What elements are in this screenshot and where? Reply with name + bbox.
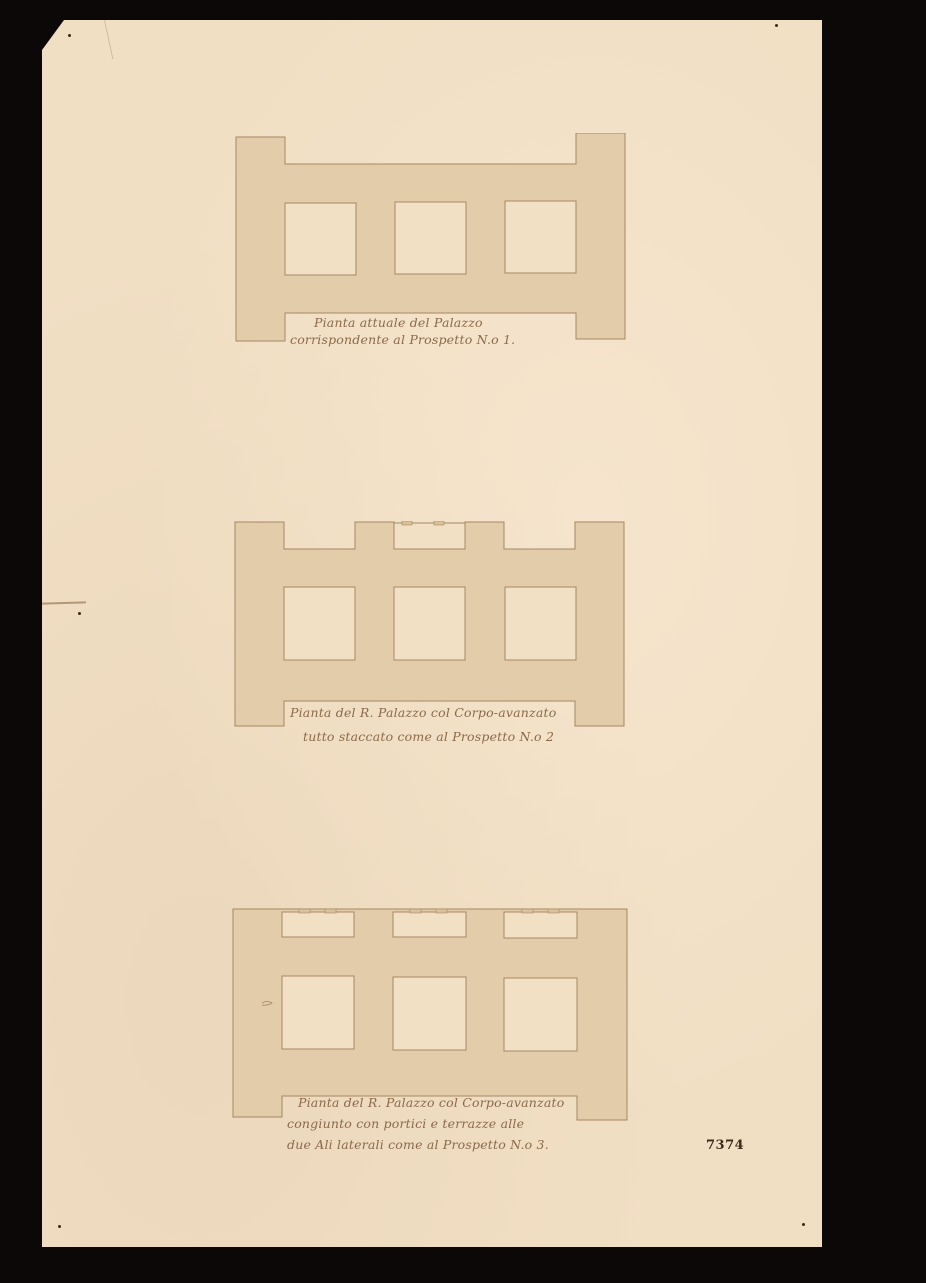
paper-crease	[104, 20, 113, 59]
ink-speck	[802, 1223, 805, 1226]
floor-plan-2	[234, 521, 634, 731]
catalog-number: 7374	[706, 1138, 744, 1153]
floor-plan-3-drawing	[232, 908, 632, 1123]
floor-plan-3	[232, 908, 632, 1118]
caption-plan-1-line-2: corrispondente al Prospetto N.o 1.	[290, 331, 515, 348]
caption-plan-2-line-2: tutto staccato come al Prospetto N.o 2	[303, 728, 554, 745]
ink-speck	[58, 1225, 61, 1228]
ink-speck	[68, 34, 71, 37]
ink-speck	[78, 612, 81, 615]
floor-plan-1	[235, 133, 635, 343]
caption-plan-3-line-1: Pianta del R. Palazzo col Corpo-avanzato	[298, 1094, 564, 1111]
caption-plan-2-line-1: Pianta del R. Palazzo col Corpo-avanzato	[290, 704, 556, 721]
floor-plan-1-drawing	[235, 133, 635, 343]
caption-plan-1-line-1: Pianta attuale del Palazzo	[314, 314, 483, 331]
paper-crease	[42, 601, 86, 604]
caption-plan-3-line-2: congiunto con portici e terrazze alle	[287, 1115, 524, 1132]
floor-plan-2-drawing	[234, 521, 634, 731]
caption-plan-3-line-3: due Ali laterali come al Prospetto N.o 3…	[287, 1136, 549, 1153]
ink-speck	[775, 24, 778, 27]
